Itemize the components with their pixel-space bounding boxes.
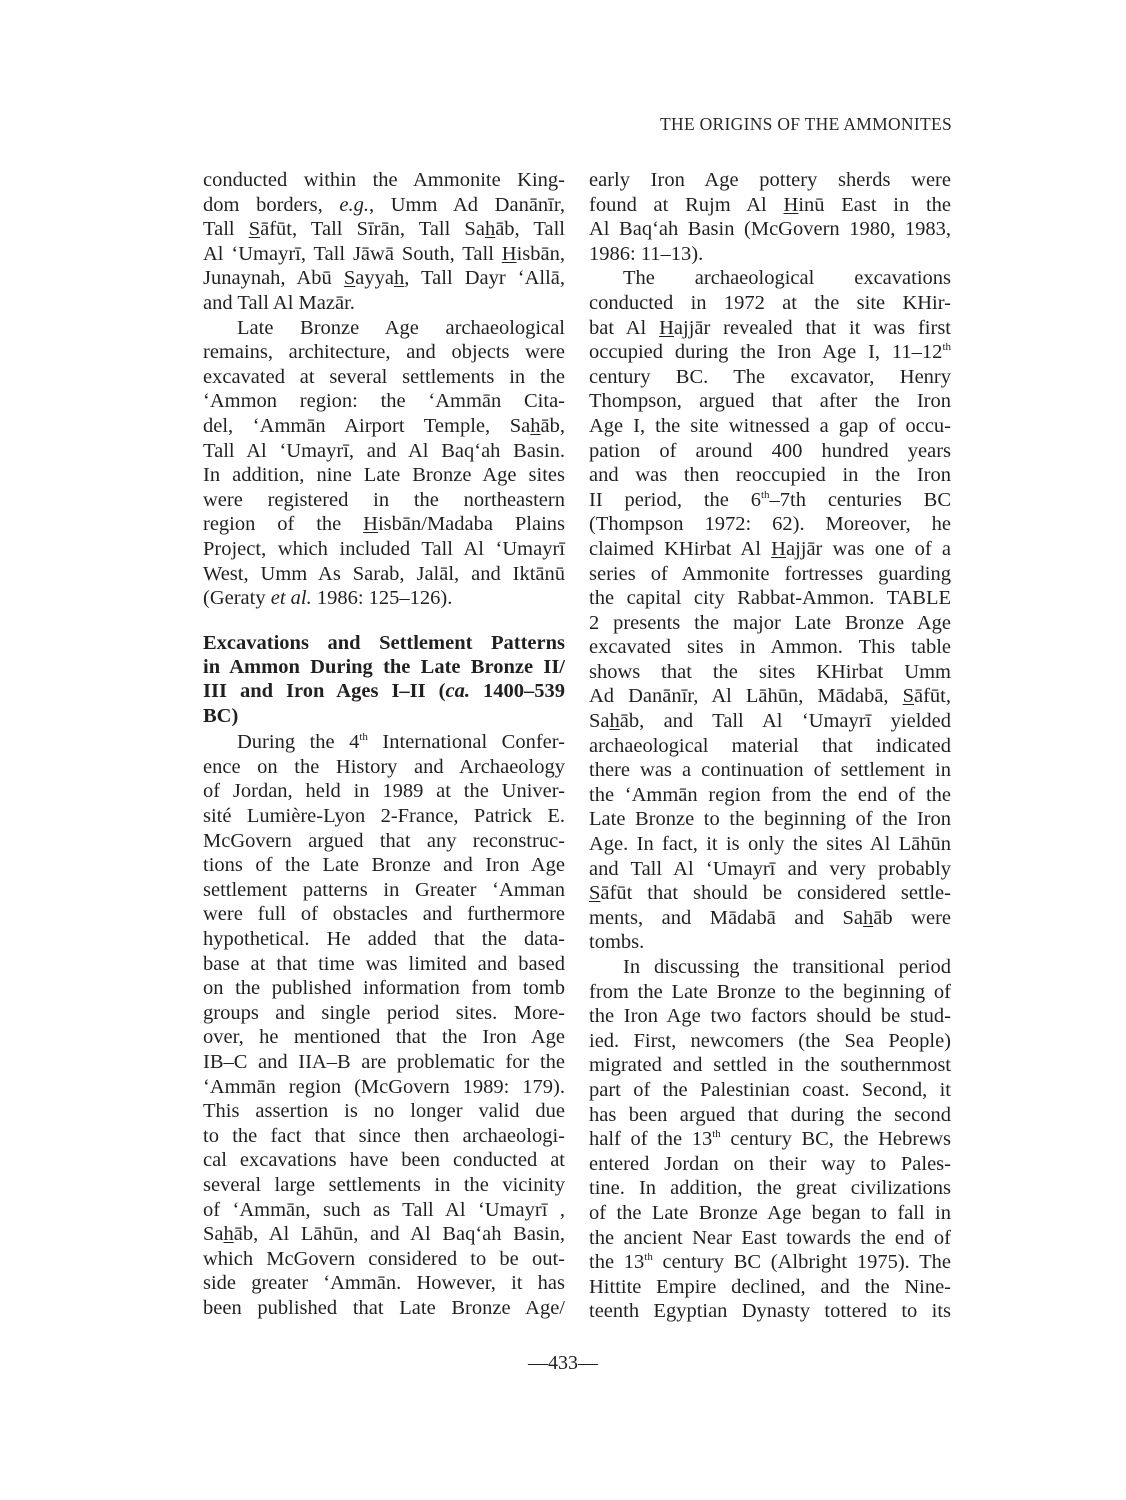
text-line: ments, and Mādabā and Sahāb were: [589, 906, 951, 931]
text-line: remains, architecture, and objects were: [203, 340, 565, 365]
text-line: Al ‘Umayrī, Tall Jāwā South, Tall Hisbān…: [203, 242, 565, 267]
text-line: from the Late Bronze to the beginning of: [589, 980, 951, 1005]
text-line: Thompson, argued that after the Iron: [589, 389, 951, 414]
text-line: settlement patterns in Greater ‘Amman: [203, 878, 565, 903]
text-line: there was a continuation of settlement i…: [589, 758, 951, 783]
text-line: were registered in the northeastern: [203, 488, 565, 513]
text-line: the Iron Age two factors should be stud-: [589, 1004, 951, 1029]
text-line: excavated at several settlements in the: [203, 365, 565, 390]
text-line: Late Bronze to the beginning of the Iron: [589, 807, 951, 832]
text-line: ‘Ammon region: the ‘Ammān Cita-: [203, 389, 565, 414]
text-line: excavated sites in Ammon. This table: [589, 635, 951, 660]
text-line: several large settlements in the vicinit…: [203, 1173, 565, 1198]
text-line: IB–C and IIA–B are problematic for the: [203, 1050, 565, 1075]
text-line: (Geraty et al. 1986: 125–126).: [203, 586, 565, 611]
text-line: which McGovern considered to be out-: [203, 1247, 565, 1272]
text-line: has been argued that during the second: [589, 1103, 951, 1128]
text-line: (Thompson 1972: 62). Moreover, he: [589, 512, 951, 537]
text-line: early Iron Age pottery sherds were: [589, 168, 951, 193]
text-line: The archaeological excavations: [589, 266, 951, 291]
text-line: Age I, the site witnessed a gap of occu-: [589, 414, 951, 439]
text-line: Al Baq‘ah Basin (McGovern 1980, 1983,: [589, 217, 951, 242]
paragraph: In discussing the transitional periodfro…: [589, 955, 951, 1324]
text-line: been published that Late Bronze Age/: [203, 1296, 565, 1321]
text-line: Sahāb, and Tall Al ‘Umayrī yielded: [589, 709, 951, 734]
text-line: Junaynah, Abū Sayyah, Tall Dayr ‘Allā,: [203, 266, 565, 291]
text-line: found at Rujm Al Hinū East in the: [589, 193, 951, 218]
text-line: of Jordan, held in 1989 at the Univer-: [203, 779, 565, 804]
text-line: bat Al Hajjār revealed that it was first: [589, 316, 951, 341]
section-heading: Excavations and Settlement Patternsin Am…: [203, 631, 565, 729]
text-line: ‘Ammān region (McGovern 1989: 179).: [203, 1075, 565, 1100]
text-line: Tall Al ‘Umayrī, and Al Baq‘ah Basin.: [203, 439, 565, 464]
text-line: occupied during the Iron Age I, 11–12th: [589, 340, 951, 365]
text-line: series of Ammonite fortresses guarding: [589, 562, 951, 587]
text-line: and was then reoccupied in the Iron: [589, 463, 951, 488]
text-line: and Tall Al Mazār.: [203, 291, 565, 316]
text-line: the ancient Near East towards the end of: [589, 1226, 951, 1251]
paragraph: The archaeological excavationsconducted …: [589, 266, 951, 955]
text-line: del, ‘Ammān Airport Temple, Sahāb,: [203, 414, 565, 439]
text-line: pation of around 400 hundred years: [589, 439, 951, 464]
text-line: ence on the History and Archaeology: [203, 755, 565, 780]
text-line: on the published information from tomb: [203, 976, 565, 1001]
text-line: entered Jordan on their way to Pales-: [589, 1152, 951, 1177]
text-line: groups and single period sites. More-: [203, 1001, 565, 1026]
text-line: 1986: 11–13).: [589, 242, 951, 267]
text-line: claimed KHirbat Al Hajjār was one of a: [589, 537, 951, 562]
text-line: part of the Palestinian coast. Second, i…: [589, 1078, 951, 1103]
text-line: half of the 13th century BC, the Hebrews: [589, 1127, 951, 1152]
left-column: conducted within the Ammonite King-dom b…: [203, 168, 565, 1321]
text-line: region of the Hisbān/Madaba Plains: [203, 512, 565, 537]
paragraph: conducted within the Ammonite King-dom b…: [203, 168, 565, 316]
heading-line: III and Iron Ages I–II (ca. 1400–539: [203, 679, 565, 703]
text-line: Late Bronze Age archaeological: [203, 316, 565, 341]
text-line: tine. In addition, the great civilizatio…: [589, 1176, 951, 1201]
text-line: This assertion is no longer valid due: [203, 1099, 565, 1124]
text-line: base at that time was limited and based: [203, 952, 565, 977]
text-line: century BC. The excavator, Henry: [589, 365, 951, 390]
page-number: —433—: [0, 1352, 1126, 1375]
heading-line: BC): [203, 704, 565, 728]
text-line: side greater ‘Ammān. However, it has: [203, 1271, 565, 1296]
text-line: In discussing the transitional period: [589, 955, 951, 980]
text-line: Sahāb, Al Lāhūn, and Al Baq‘ah Basin,: [203, 1222, 565, 1247]
text-line: West, Umm As Sarab, Jalāl, and Iktānū: [203, 562, 565, 587]
paragraph: Late Bronze Age archaeologicalremains, a…: [203, 316, 565, 611]
text-line: ied. First, newcomers (the Sea People): [589, 1029, 951, 1054]
text-line: migrated and settled in the southernmost: [589, 1053, 951, 1078]
text-line: and Tall Al ‘Umayrī and very probably: [589, 857, 951, 882]
text-line: teenth Egyptian Dynasty tottered to its: [589, 1299, 951, 1324]
text-line: II period, the 6th–7th centuries BC: [589, 488, 951, 513]
heading-line: Excavations and Settlement Patterns: [203, 631, 565, 655]
text-line: archaeological material that indicated: [589, 734, 951, 759]
text-line: McGovern argued that any reconstruc-: [203, 829, 565, 854]
text-line: cal excavations have been conducted at: [203, 1148, 565, 1173]
text-line: the 13th century BC (Albright 1975). The: [589, 1250, 951, 1275]
text-line: sité Lumière-Lyon 2-France, Patrick E.: [203, 804, 565, 829]
text-line: dom borders, e.g., Umm Ad Danānīr,: [203, 193, 565, 218]
text-line: 2 presents the major Late Bronze Age: [589, 611, 951, 636]
text-line: to the fact that since then archaeologi-: [203, 1124, 565, 1149]
text-line: of the Late Bronze Age began to fall in: [589, 1201, 951, 1226]
text-line: hypothetical. He added that the data-: [203, 927, 565, 952]
text-line: Tall Sāfūt, Tall Sīrān, Tall Sahāb, Tall: [203, 217, 565, 242]
text-line: Age. In fact, it is only the sites Al Lā…: [589, 832, 951, 857]
text-line: During the 4th International Confer-: [203, 730, 565, 755]
text-line: Ad Danānīr, Al Lāhūn, Mādabā, Sāfūt,: [589, 684, 951, 709]
text-line: were full of obstacles and furthermore: [203, 902, 565, 927]
text-line: shows that the sites KHirbat Umm: [589, 660, 951, 685]
paragraph: early Iron Age pottery sherds werefound …: [589, 168, 951, 266]
text-line: conducted in 1972 at the site KHir-: [589, 291, 951, 316]
paragraph: During the 4th International Confer-ence…: [203, 730, 565, 1320]
text-line: the ‘Ammān region from the end of the: [589, 783, 951, 808]
text-line: the capital city Rabbat-Ammon. TABLE: [589, 586, 951, 611]
text-line: of ‘Ammān, such as Tall Al ‘Umayrī ,: [203, 1198, 565, 1223]
text-line: tombs.: [589, 930, 951, 955]
text-line: tions of the Late Bronze and Iron Age: [203, 853, 565, 878]
heading-line: in Ammon During the Late Bronze II/: [203, 655, 565, 679]
text-line: conducted within the Ammonite King-: [203, 168, 565, 193]
running-head: THE ORIGINS OF THE AMMONITES: [660, 114, 952, 135]
right-column: early Iron Age pottery sherds werefound …: [589, 168, 951, 1324]
text-line: Sāfūt that should be considered settle-: [589, 881, 951, 906]
text-line: Project, which included Tall Al ‘Umayrī: [203, 537, 565, 562]
text-line: In addition, nine Late Bronze Age sites: [203, 463, 565, 488]
text-line: Hittite Empire declined, and the Nine-: [589, 1275, 951, 1300]
text-line: over, he mentioned that the Iron Age: [203, 1025, 565, 1050]
